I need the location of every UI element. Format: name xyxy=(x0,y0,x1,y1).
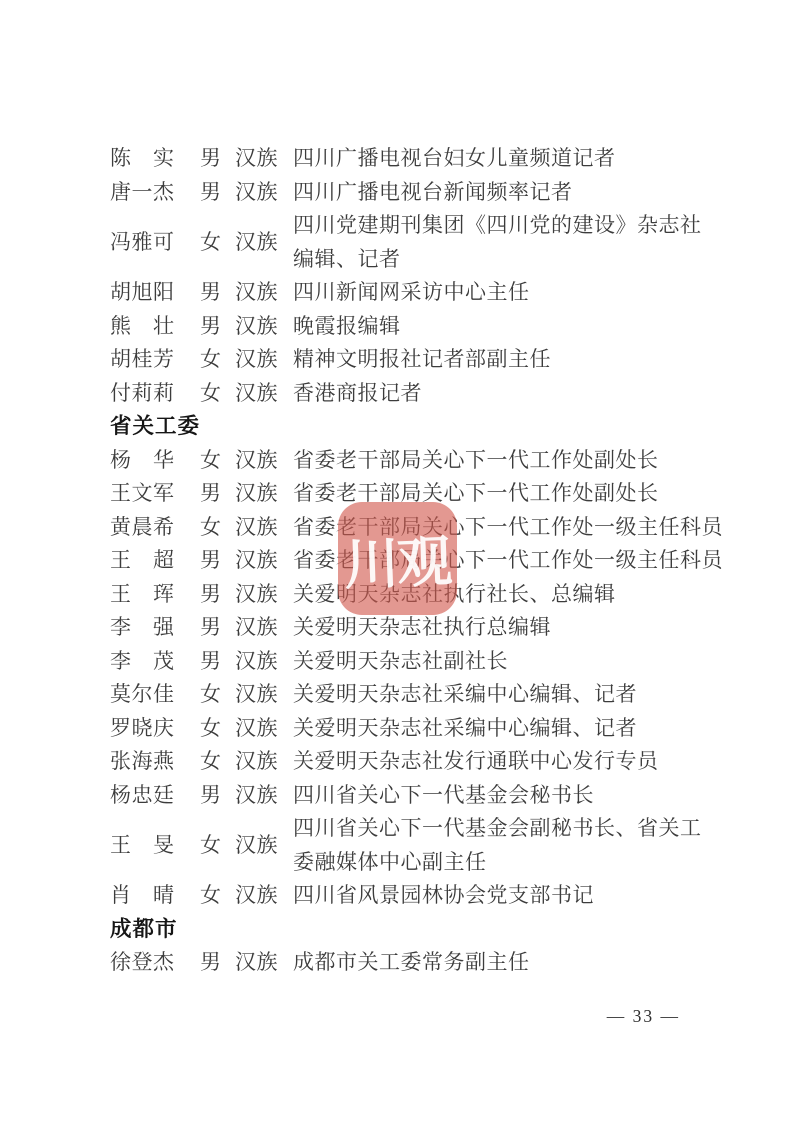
position-line: 晚霞报编辑 xyxy=(293,310,750,344)
gender-cell: 女 xyxy=(200,745,235,779)
position-line: 关爱明天杂志社发行通联中心发行专员 xyxy=(293,745,750,779)
table-row: 李 强男汉族关爱明天杂志社执行总编辑 xyxy=(110,611,750,645)
table-row: 唐一杰男汉族四川广播电视台新闻频率记者 xyxy=(110,176,750,210)
gender-cell: 男 xyxy=(200,176,235,210)
table-row: 陈 实男汉族四川广播电视台妇女儿童频道记者 xyxy=(110,142,750,176)
table-row: 胡桂芳女汉族精神文明报社记者部副主任 xyxy=(110,343,750,377)
ethnicity-cell: 汉族 xyxy=(235,444,293,478)
ethnicity-cell: 汉族 xyxy=(235,946,293,980)
position-line: 省委老干部局关心下一代工作处副处长 xyxy=(293,477,750,511)
position-cell: 成都市关工委常务副主任 xyxy=(293,946,750,980)
name-cell: 胡旭阳 xyxy=(110,276,200,310)
gender-cell: 女 xyxy=(200,678,235,712)
gender-cell: 女 xyxy=(200,511,235,545)
gender-cell: 男 xyxy=(200,611,235,645)
position-cell: 四川广播电视台新闻频率记者 xyxy=(293,176,750,210)
gender-cell: 女 xyxy=(200,712,235,746)
ethnicity-cell: 汉族 xyxy=(235,511,293,545)
name-cell: 肖 晴 xyxy=(110,879,200,913)
name-cell: 冯雅可 xyxy=(110,226,200,260)
table-row: 熊 壮男汉族晚霞报编辑 xyxy=(110,310,750,344)
position-line: 关爱明天杂志社采编中心编辑、记者 xyxy=(293,712,750,746)
ethnicity-cell: 汉族 xyxy=(235,779,293,813)
gender-cell: 男 xyxy=(200,544,235,578)
gender-cell: 女 xyxy=(200,377,235,411)
gender-cell: 男 xyxy=(200,310,235,344)
position-cell: 省委老干部局关心下一代工作处副处长 xyxy=(293,444,750,478)
table-row: 徐登杰男汉族成都市关工委常务副主任 xyxy=(110,946,750,980)
page-number: — 33 — xyxy=(607,1006,680,1027)
position-line: 关爱明天杂志社执行社长、总编辑 xyxy=(293,578,750,612)
table-row: 王文军男汉族省委老干部局关心下一代工作处副处长 xyxy=(110,477,750,511)
position-cell: 精神文明报社记者部副主任 xyxy=(293,343,750,377)
table-row: 杨忠廷男汉族四川省关心下一代基金会秘书长 xyxy=(110,779,750,813)
position-line: 四川广播电视台新闻频率记者 xyxy=(293,176,750,210)
table-row: 胡旭阳男汉族四川新闻网采访中心主任 xyxy=(110,276,750,310)
gender-cell: 女 xyxy=(200,829,235,863)
ethnicity-cell: 汉族 xyxy=(235,477,293,511)
position-cell: 省委老干部局关心下一代工作处一级主任科员 xyxy=(293,511,750,545)
position-cell: 关爱明天杂志社发行通联中心发行专员 xyxy=(293,745,750,779)
ethnicity-cell: 汉族 xyxy=(235,377,293,411)
position-cell: 关爱明天杂志社采编中心编辑、记者 xyxy=(293,678,750,712)
name-cell: 莫尔佳 xyxy=(110,678,200,712)
position-line: 四川广播电视台妇女儿童频道记者 xyxy=(293,142,750,176)
ethnicity-cell: 汉族 xyxy=(235,712,293,746)
name-cell: 熊 壮 xyxy=(110,310,200,344)
table-row: 罗晓庆女汉族关爱明天杂志社采编中心编辑、记者 xyxy=(110,712,750,746)
gender-cell: 男 xyxy=(200,779,235,813)
table-row: 黄晨希女汉族省委老干部局关心下一代工作处一级主任科员 xyxy=(110,511,750,545)
position-line: 省委老干部局关心下一代工作处一级主任科员 xyxy=(293,511,750,545)
ethnicity-cell: 汉族 xyxy=(235,611,293,645)
position-cell: 四川新闻网采访中心主任 xyxy=(293,276,750,310)
position-cell: 省委老干部局关心下一代工作处副处长 xyxy=(293,477,750,511)
ethnicity-cell: 汉族 xyxy=(235,879,293,913)
position-line: 关爱明天杂志社采编中心编辑、记者 xyxy=(293,678,750,712)
ethnicity-cell: 汉族 xyxy=(235,276,293,310)
ethnicity-cell: 汉族 xyxy=(235,544,293,578)
gender-cell: 男 xyxy=(200,578,235,612)
table-row: 杨 华女汉族省委老干部局关心下一代工作处副处长 xyxy=(110,444,750,478)
position-line: 四川省风景园林协会党支部书记 xyxy=(293,879,750,913)
name-cell: 李 茂 xyxy=(110,645,200,679)
position-cell: 四川省关心下一代基金会副秘书长、省关工委融媒体中心副主任 xyxy=(293,812,750,879)
gender-cell: 男 xyxy=(200,142,235,176)
position-line: 关爱明天杂志社副社长 xyxy=(293,645,750,679)
name-cell: 陈 实 xyxy=(110,142,200,176)
ethnicity-cell: 汉族 xyxy=(235,343,293,377)
name-cell: 李 强 xyxy=(110,611,200,645)
position-line: 精神文明报社记者部副主任 xyxy=(293,343,750,377)
position-cell: 关爱明天杂志社副社长 xyxy=(293,645,750,679)
position-line: 关爱明天杂志社执行总编辑 xyxy=(293,611,750,645)
table-row: 王 珲男汉族关爱明天杂志社执行社长、总编辑 xyxy=(110,578,750,612)
ethnicity-cell: 汉族 xyxy=(235,678,293,712)
ethnicity-cell: 汉族 xyxy=(235,176,293,210)
name-cell: 张海燕 xyxy=(110,745,200,779)
table-row: 张海燕女汉族关爱明天杂志社发行通联中心发行专员 xyxy=(110,745,750,779)
position-line: 四川党建期刊集团《四川党的建设》杂志社 xyxy=(293,209,750,243)
position-cell: 关爱明天杂志社执行总编辑 xyxy=(293,611,750,645)
section-header: 省关工委 xyxy=(110,410,750,444)
gender-cell: 女 xyxy=(200,879,235,913)
position-cell: 四川省关心下一代基金会秘书长 xyxy=(293,779,750,813)
name-cell: 唐一杰 xyxy=(110,176,200,210)
name-cell: 罗晓庆 xyxy=(110,712,200,746)
name-cell: 徐登杰 xyxy=(110,946,200,980)
table-row: 王 旻女汉族四川省关心下一代基金会副秘书长、省关工委融媒体中心副主任 xyxy=(110,812,750,879)
name-cell: 胡桂芳 xyxy=(110,343,200,377)
ethnicity-cell: 汉族 xyxy=(235,226,293,260)
table-row: 肖 晴女汉族四川省风景园林协会党支部书记 xyxy=(110,879,750,913)
name-cell: 王 珲 xyxy=(110,578,200,612)
table-row: 王 超男汉族省委老干部局关心下一代工作处一级主任科员 xyxy=(110,544,750,578)
name-cell: 王 旻 xyxy=(110,829,200,863)
ethnicity-cell: 汉族 xyxy=(235,142,293,176)
position-line: 四川省关心下一代基金会秘书长 xyxy=(293,779,750,813)
ethnicity-cell: 汉族 xyxy=(235,578,293,612)
position-line: 省委老干部局关心下一代工作处一级主任科员 xyxy=(293,544,750,578)
ethnicity-cell: 汉族 xyxy=(235,310,293,344)
name-cell: 杨 华 xyxy=(110,444,200,478)
position-cell: 四川广播电视台妇女儿童频道记者 xyxy=(293,142,750,176)
position-line: 香港商报记者 xyxy=(293,377,750,411)
gender-cell: 男 xyxy=(200,645,235,679)
position-cell: 关爱明天杂志社执行社长、总编辑 xyxy=(293,578,750,612)
section-header: 成都市 xyxy=(110,913,750,947)
gender-cell: 女 xyxy=(200,226,235,260)
gender-cell: 女 xyxy=(200,444,235,478)
gender-cell: 男 xyxy=(200,477,235,511)
position-line: 委融媒体中心副主任 xyxy=(293,846,750,880)
position-cell: 晚霞报编辑 xyxy=(293,310,750,344)
position-line: 省委老干部局关心下一代工作处副处长 xyxy=(293,444,750,478)
position-line: 编辑、记者 xyxy=(293,243,750,277)
name-cell: 杨忠廷 xyxy=(110,779,200,813)
name-cell: 王文军 xyxy=(110,477,200,511)
table-row: 莫尔佳女汉族关爱明天杂志社采编中心编辑、记者 xyxy=(110,678,750,712)
table-row: 李 茂男汉族关爱明天杂志社副社长 xyxy=(110,645,750,679)
ethnicity-cell: 汉族 xyxy=(235,829,293,863)
table-row: 付莉莉女汉族香港商报记者 xyxy=(110,377,750,411)
position-cell: 关爱明天杂志社采编中心编辑、记者 xyxy=(293,712,750,746)
gender-cell: 男 xyxy=(200,276,235,310)
gender-cell: 男 xyxy=(200,946,235,980)
gender-cell: 女 xyxy=(200,343,235,377)
ethnicity-cell: 汉族 xyxy=(235,645,293,679)
name-cell: 付莉莉 xyxy=(110,377,200,411)
roster-list: 陈 实男汉族四川广播电视台妇女儿童频道记者唐一杰男汉族四川广播电视台新闻频率记者… xyxy=(110,142,750,980)
position-cell: 四川省风景园林协会党支部书记 xyxy=(293,879,750,913)
position-cell: 香港商报记者 xyxy=(293,377,750,411)
ethnicity-cell: 汉族 xyxy=(235,745,293,779)
position-cell: 省委老干部局关心下一代工作处一级主任科员 xyxy=(293,544,750,578)
table-row: 冯雅可女汉族四川党建期刊集团《四川党的建设》杂志社编辑、记者 xyxy=(110,209,750,276)
document-page: 陈 实男汉族四川广播电视台妇女儿童频道记者唐一杰男汉族四川广播电视台新闻频率记者… xyxy=(0,0,793,1122)
position-cell: 四川党建期刊集团《四川党的建设》杂志社编辑、记者 xyxy=(293,209,750,276)
position-line: 四川新闻网采访中心主任 xyxy=(293,276,750,310)
name-cell: 黄晨希 xyxy=(110,511,200,545)
name-cell: 王 超 xyxy=(110,544,200,578)
position-line: 成都市关工委常务副主任 xyxy=(293,946,750,980)
position-line: 四川省关心下一代基金会副秘书长、省关工 xyxy=(293,812,750,846)
